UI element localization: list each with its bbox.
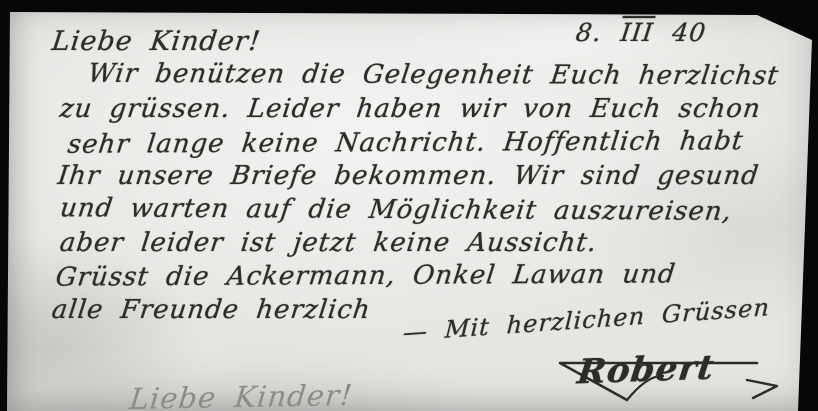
date-line: 8. III 40 — [574, 18, 708, 47]
date-day: 8. — [574, 18, 603, 47]
date-year: 40 — [671, 18, 708, 47]
body-line: Wir benützen die Gelegenheit Euch herzli… — [86, 59, 781, 91]
signature-name: Robert — [575, 348, 717, 393]
photo-frame: Liebe Kinder! 8. III 40 Wir benützen die… — [0, 0, 818, 411]
closing-phrase: — Mit herzlichen Grüssen — [402, 293, 771, 346]
salutation: Liebe Kinder! — [50, 26, 262, 57]
next-letter-partial-salutation: Liebe Kinder! — [128, 378, 355, 411]
body-line: und warten auf die Möglichkeit auszureis… — [58, 193, 734, 227]
letter-paper: Liebe Kinder! 8. III 40 Wir benützen die… — [0, 0, 818, 411]
body-line: alle Freunde herzlich — [50, 295, 372, 325]
body-line: Ihr unsere Briefe bekommen. Wir sind ges… — [56, 161, 761, 191]
date-month-roman-numeral: III — [619, 18, 655, 47]
body-line: Grüsst die Ackermann, Onkel Lawan und — [54, 259, 677, 292]
body-line: zu grüssen. Leider haben wir von Euch sc… — [58, 94, 762, 124]
body-line: aber leider ist jetzt keine Aussicht. — [58, 228, 599, 258]
body-line: sehr lange keine Nachricht. Hoffentlich … — [66, 126, 745, 160]
